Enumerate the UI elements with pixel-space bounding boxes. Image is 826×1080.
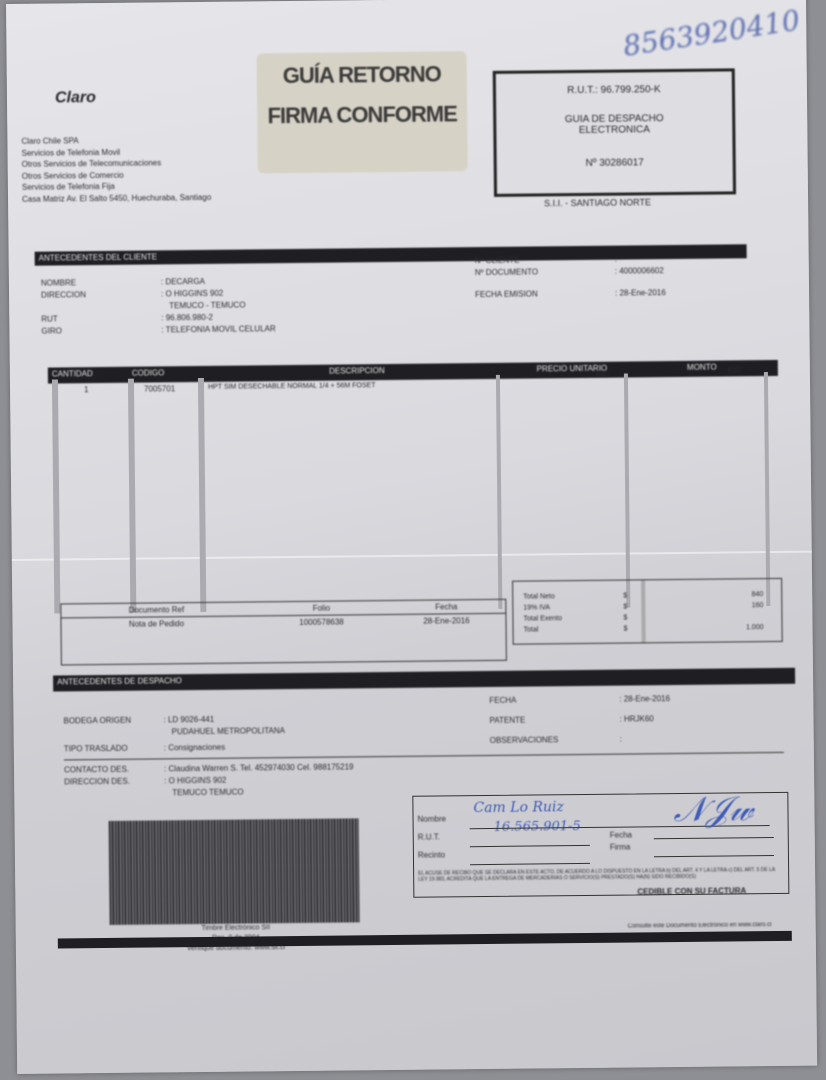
doc-number: Nº 30286017 <box>497 156 733 169</box>
reference-box: Documento Ref Folio Fecha Nota de Pedido… <box>60 599 507 666</box>
issuer-info: Claro Chile SPA Servicios de Telefonia M… <box>21 134 211 205</box>
handwritten-signature: 𝒩𝒥𝓌 <box>673 789 753 830</box>
col-descripcion: DESCRIPCION <box>212 365 502 380</box>
copy-label: CEDIBLE CON SU FACTURA <box>637 886 746 896</box>
claro-logo: Claro <box>55 89 96 107</box>
dispatch-guide-document: 8563920410 Claro Claro Chile SPA Servici… <box>6 0 817 1074</box>
return-stamp: GUÍA RETORNO FIRMA CONFORME <box>257 51 468 173</box>
company-line: Casa Matriz Av. El Salto 5450, Huechurab… <box>22 191 211 204</box>
sii-office: S.I.I. - SANTIAGO NORTE <box>544 197 651 208</box>
pdf417-barcode <box>109 818 360 925</box>
total-row: Total$1.000 <box>524 622 774 636</box>
col-precio: PRECIO UNITARIO <box>502 363 642 376</box>
client-field: GIRO: TELEFONIA MOVIL CELULAR <box>41 322 401 338</box>
client-right-field: FECHA EMISION: 28-Ene-2016 <box>475 286 745 301</box>
col-monto: MONTO <box>642 362 762 375</box>
stamp-line-2: FIRMA CONFORME <box>257 101 467 129</box>
document-id-box: R.U.T.: 96.799.250-K GUIA DE DESPACHO EL… <box>493 68 736 197</box>
issuer-rut: R.U.T.: 96.799.250-K <box>496 83 732 96</box>
stamp-line-1: GUÍA RETORNO <box>257 61 467 89</box>
doc-title-2: ELECTRONICA <box>496 123 732 136</box>
handwritten-number: 8563920410 <box>621 3 802 62</box>
client-section: ANTECEDENTES DEL CLIENTE NOMBRE: DECARGA… <box>34 230 747 357</box>
legal-text: EL ACUSE DE RECIBO QUE SE DECLARA EN EST… <box>418 867 778 883</box>
footer-note: Consulte este Documento Electrónico en w… <box>628 922 772 930</box>
handwritten-name: Cam Lo Ruiz <box>473 799 564 816</box>
items-header-row: CANTIDAD CODIGO DESCRIPCION PRECIO UNITA… <box>48 360 778 384</box>
dispatch-right: FECHA: 28-Ene-2016 PATENTE: HRJK60 OBSER… <box>489 688 780 751</box>
col-cantidad: CANTIDAD <box>52 369 132 382</box>
totals-box: Total Neto$840 19% IVA$160 Total Exento$… <box>512 578 783 645</box>
receipt-signature-box: Nombre R.U.T. Recinto Cam Lo Ruiz 16.565… <box>412 792 789 898</box>
items-table: CANTIDAD CODIGO DESCRIPCION PRECIO UNITA… <box>48 348 781 614</box>
